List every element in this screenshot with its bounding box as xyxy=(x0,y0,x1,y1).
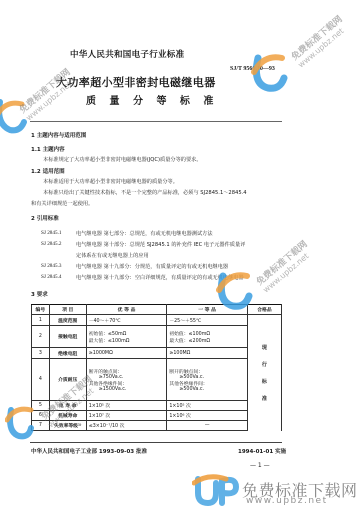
cell-superior: ≥1000MΩ xyxy=(86,348,167,359)
header-standard: 中华人民共和国电子行业标准 xyxy=(70,48,184,60)
cell-qualified: 现 行 标 准 xyxy=(247,315,281,431)
up-logo-icon xyxy=(192,473,242,507)
section-1-1-heading: 1.1 主题内容 xyxy=(31,145,65,153)
cell-superior: ≤3×10⁻⁷/10 次 xyxy=(86,421,167,431)
cell-line: 其他各绝缘件间： xyxy=(169,380,245,387)
ref-text: 电气继电器 第十九部分：分规范，有质量评定的有或无机电继电器 xyxy=(76,263,228,270)
note-char: 标 xyxy=(262,378,267,385)
section-3-heading: 3 要求 xyxy=(31,290,48,298)
section-2-heading: 2 引用标准 xyxy=(31,214,59,222)
cell-line: 断开的触点间： xyxy=(89,368,165,375)
document-title: 大功率超小型非密封电磁继电器 xyxy=(56,74,216,90)
cell-first: 初始值：≤100mΩ 最大值：≤200mΩ xyxy=(167,326,248,348)
cell-superior: 1×10⁵ 次 xyxy=(86,401,167,411)
cell-superior: 初始值：≤50mΩ 最大值：≤100mΩ xyxy=(86,326,167,348)
note-char: 现 xyxy=(262,344,267,351)
header-rule xyxy=(30,121,282,122)
cell-first: 断开的触点间： ≥500Va.c. 其他各绝缘件间： ≥500Va.c. xyxy=(167,359,248,401)
section-1-2-text3: 和有关详细规范一起使用。 xyxy=(31,200,93,207)
cell-superior: 1×10⁷ 次 xyxy=(86,411,167,421)
approval-info: 中华人民共和国电子工业部 1993-09-03 批准 xyxy=(31,447,147,455)
cell-no: 1 xyxy=(32,315,50,326)
ref-code: SJ 2845.4 xyxy=(41,274,61,280)
cell-line: ≥500Va.c. xyxy=(169,387,245,392)
page-number: — 1 — xyxy=(250,462,270,469)
col-header-no: 编号 xyxy=(32,305,50,315)
implementation-date: 1994-01-01 实施 xyxy=(238,447,286,455)
section-1-heading: 1 主题内容与适用范围 xyxy=(31,131,86,139)
cell-line: 初始值：≤50mΩ xyxy=(89,330,165,337)
table-row: 2 接触电阻 初始值：≤50mΩ 最大值：≤100mΩ 初始值：≤100mΩ 最… xyxy=(32,326,282,348)
ref-text: 电气继电器 第十部分：总规范 SJ2845.1 的补充件 IEC 电子元器件质量… xyxy=(76,241,245,248)
ref-text-continued: 定体系在有或无继电器上的应用 xyxy=(76,252,149,259)
table-row: 7 失效率等级¹⁾ ≤3×10⁻⁷/10 次 — xyxy=(32,421,282,431)
watermark-url-large: www.upbz.net xyxy=(246,496,328,506)
up-logo-icon xyxy=(5,404,35,442)
document-page: 中华人民共和国电子行业标准 SJ/T 9560.10—93 大功率超小型非密封电… xyxy=(0,0,360,509)
ref-text: 电气继电器 第七部分：总规范，有或无机电继电器测试方法 xyxy=(76,230,213,237)
cell-line: 最大值：≤200mΩ xyxy=(169,337,245,344)
cell-no: 4 xyxy=(32,359,50,401)
cell-item: 接触电阻 xyxy=(49,326,86,348)
cell-line: 其他各绝缘件间： xyxy=(89,380,165,387)
ref-code: SJ 2845.2 xyxy=(41,241,61,247)
cell-superior: 断开的触点间： ≥750Va.c. 其他各绝缘件间： ≥1500Va.c. xyxy=(86,359,167,401)
cell-no: 3 xyxy=(32,348,50,359)
footer-rule xyxy=(30,442,282,443)
up-logo-icon xyxy=(250,50,288,94)
table-row: 3 绝缘电阻 ≥1000MΩ ≥100MΩ xyxy=(32,348,282,359)
note-char: 行 xyxy=(262,361,267,368)
cell-line: 初始值：≤100mΩ xyxy=(169,330,245,337)
section-1-1-text: 本标准规定了大功率超小型非密封电磁继电器(JQC)质量分等的要求。 xyxy=(43,156,202,163)
cell-first: －25～＋55℃ xyxy=(167,315,248,326)
section-1-2-heading: 1.2 适用范围 xyxy=(31,167,65,175)
cell-superior: －40～＋70℃ xyxy=(86,315,167,326)
section-1-2-text2: 本标准只给出了关键性技术指标，不是一个完整的产品标准，必须与 SJ2845.1～… xyxy=(43,189,247,196)
ref-code: SJ 2845.3 xyxy=(41,263,61,269)
col-header-superior: 优 等 品 xyxy=(86,305,167,315)
watermark-text: 免费标准下载网 www.upbz.net xyxy=(290,14,351,70)
col-header-item: 项 目 xyxy=(49,305,86,315)
up-logo-icon xyxy=(215,268,253,312)
cell-first: — xyxy=(167,421,248,431)
document-subtitle: 质 量 分 等 标 准 xyxy=(86,92,218,107)
table-row: 1 温度范围 －40～＋70℃ －25～＋55℃ 现 行 标 准 xyxy=(32,315,282,326)
note-char: 准 xyxy=(262,395,267,402)
section-1-2-text1: 本标准适用于大功率超小型非密封电磁继电器的质量分等。 xyxy=(43,178,178,185)
cell-line: 最大值：≤100mΩ xyxy=(89,337,165,344)
cell-first: 1×10⁵ 次 xyxy=(167,401,248,411)
cell-line: 断开的触点间： xyxy=(169,368,245,375)
cell-first: ≥100MΩ xyxy=(167,348,248,359)
cell-item: 温度范围 xyxy=(49,315,86,326)
cell-first: 1×10⁶ 次 xyxy=(167,411,248,421)
qualified-note: 现 行 标 准 xyxy=(250,344,279,402)
watermark-text: 免费标准下载网 www.upbz.net xyxy=(255,239,316,295)
cell-item: 绝缘电阻 xyxy=(49,348,86,359)
ref-code: SJ 2845.1 xyxy=(41,230,61,236)
cell-no: 2 xyxy=(32,326,50,348)
